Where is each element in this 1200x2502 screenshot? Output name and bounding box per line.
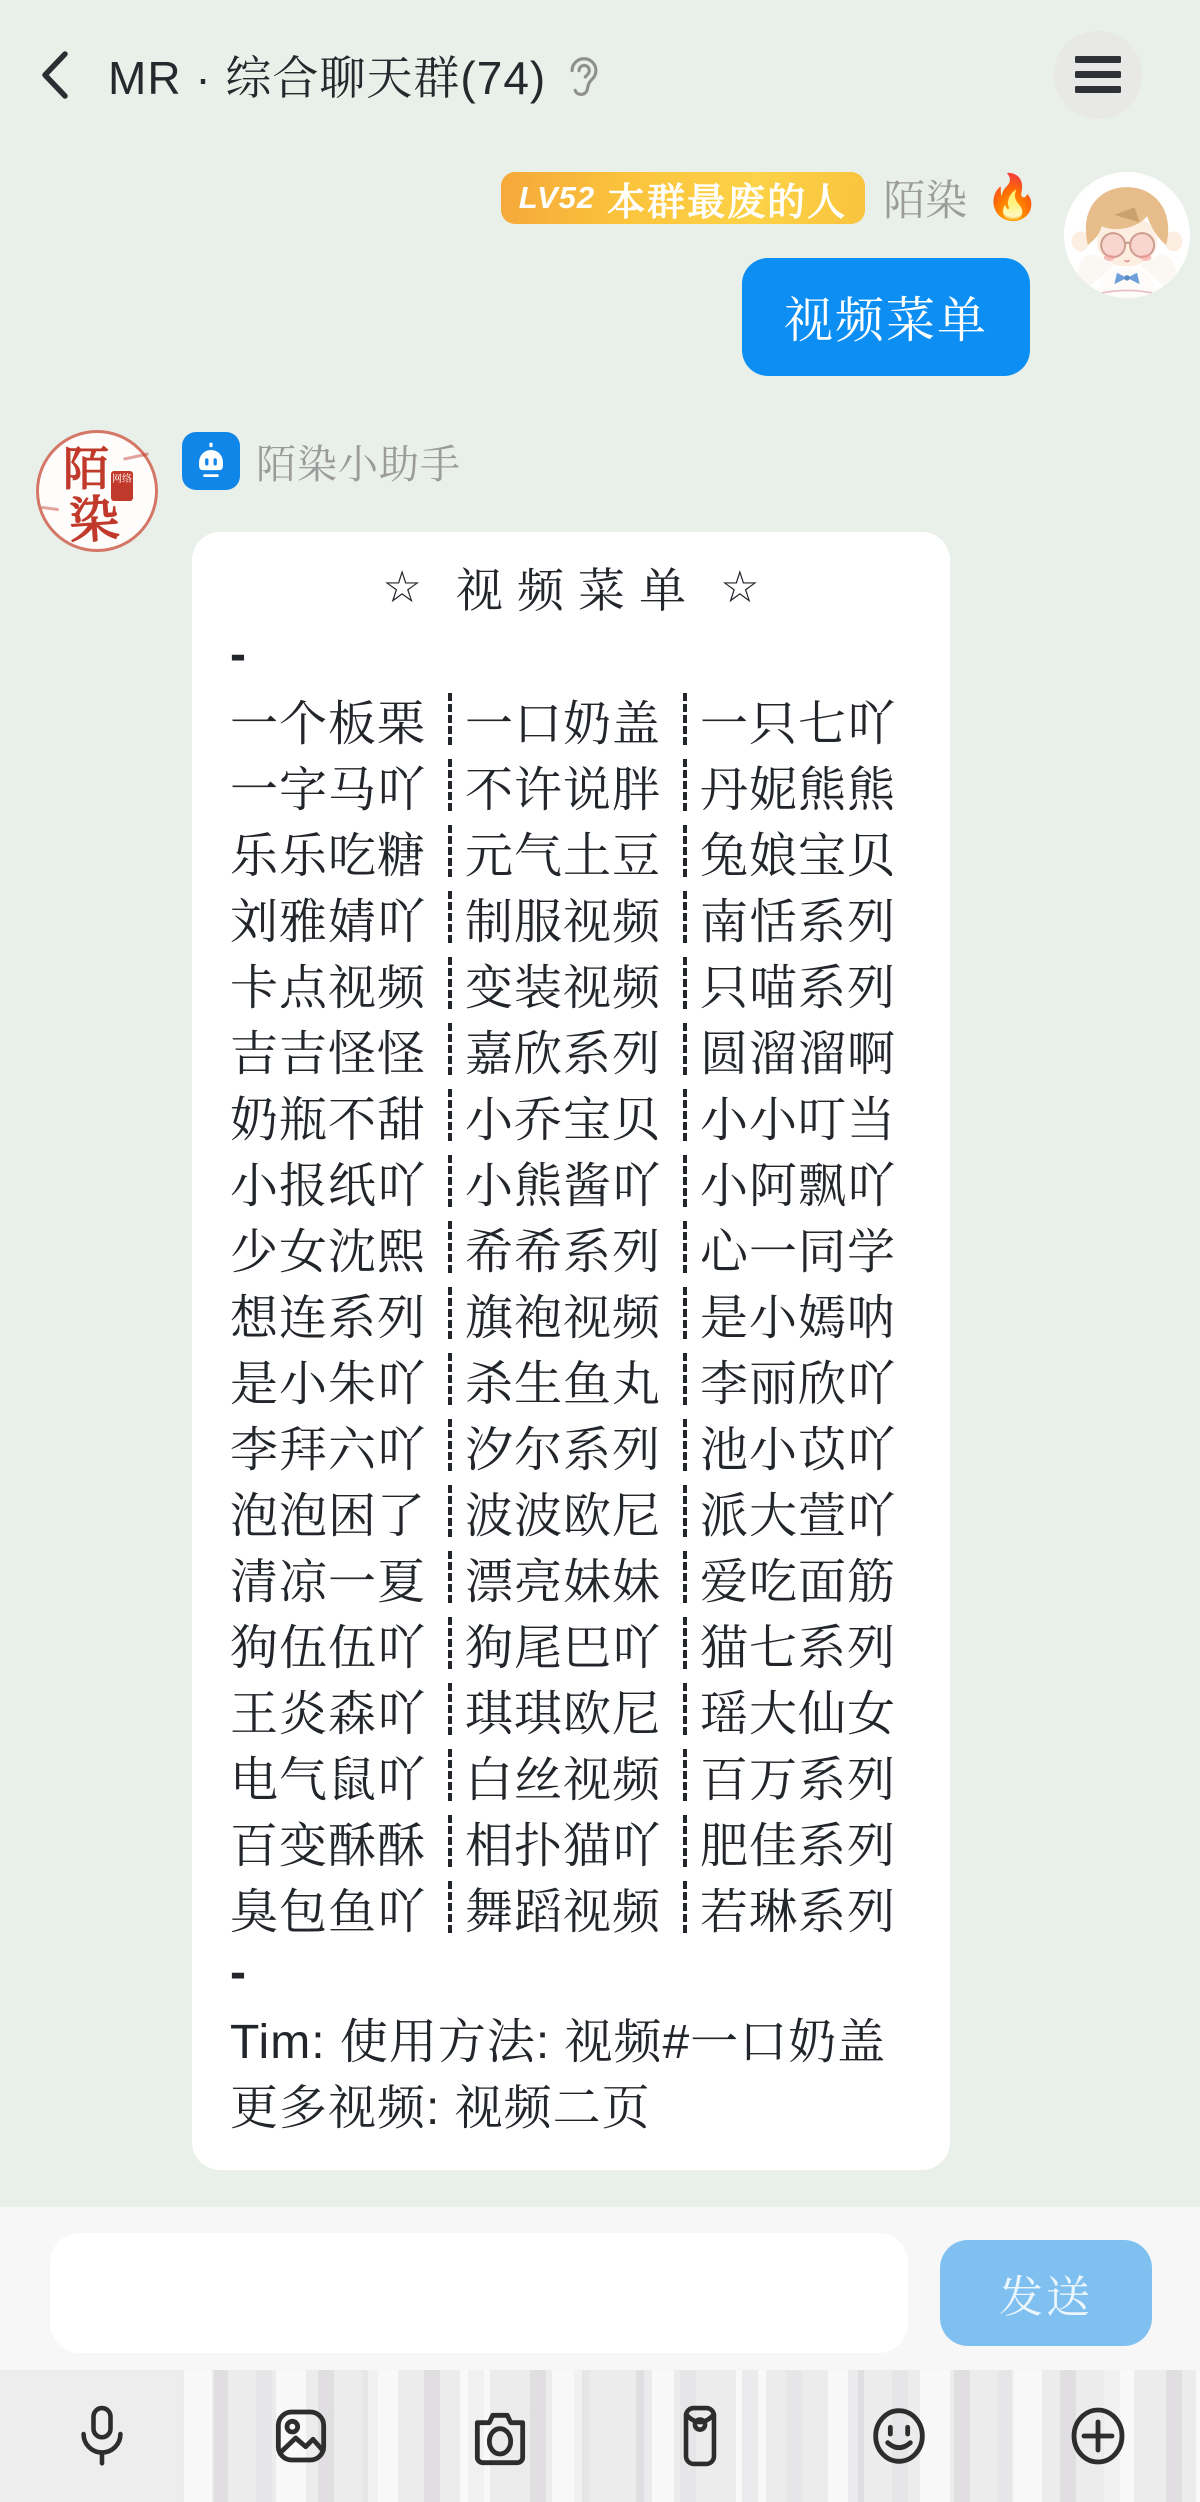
dashed-separator <box>683 693 687 745</box>
menu-item: 肥佳系列 <box>700 1807 905 1876</box>
dashed-separator <box>448 693 452 745</box>
menu-item: 一字马吖 <box>230 751 435 820</box>
menu-item: 只喵系列 <box>700 949 905 1018</box>
dashed-separator <box>683 1353 687 1405</box>
hamburger-icon <box>1074 54 1122 96</box>
menu-item: 南恬系列 <box>700 883 905 952</box>
dashed-separator <box>683 1023 687 1075</box>
dashed-separator <box>448 1749 452 1801</box>
dashed-separator <box>448 1353 452 1405</box>
dashed-separator <box>448 1089 452 1141</box>
menu-item: 清凉一夏 <box>230 1543 435 1612</box>
fire-emoji: 🔥 <box>985 176 1040 220</box>
emoji-icon[interactable] <box>863 2400 935 2472</box>
menu-item: 圆溜溜啊 <box>700 1015 905 1084</box>
menu-row: 吉吉怪怪嘉欣系列圆溜溜啊 <box>230 1016 922 1082</box>
menu-rows: 一个板栗一口奶盖一只七吖一字马吖不许说胖丹妮熊熊乐乐吃糖元气土豆兔娘宝贝刘雅婧吖… <box>230 686 922 1940</box>
gallery-icon[interactable] <box>265 2400 337 2472</box>
menu-item: 希希系列 <box>465 1213 670 1282</box>
video-menu-card[interactable]: ☆ 视频菜单 ☆ - 一个板栗一口奶盖一只七吖一字马吖不许说胖丹妮熊熊乐乐吃糖元… <box>192 532 950 2170</box>
divider-dash: - <box>230 622 922 686</box>
menu-item: 旗袍视频 <box>465 1279 670 1348</box>
username: 陌染 <box>883 168 967 228</box>
menu-row: 泡泡困了波波欧尼派大萱吖 <box>230 1478 922 1544</box>
dashed-separator <box>683 1287 687 1339</box>
chevron-left-icon <box>36 49 76 101</box>
menu-item: 元气土豆 <box>465 817 670 886</box>
menu-row: 卡点视频变装视频只喵系列 <box>230 950 922 1016</box>
menu-item: 猫七系列 <box>700 1609 905 1678</box>
dashed-separator <box>683 1221 687 1273</box>
dashed-separator <box>448 1485 452 1537</box>
menu-item: 卡点视频 <box>230 949 435 1018</box>
dashed-separator <box>448 1287 452 1339</box>
menu-item: 漂亮妹妹 <box>465 1543 670 1612</box>
dashed-separator <box>683 1881 687 1933</box>
menu-item: 心一同学 <box>700 1213 905 1282</box>
dashed-separator <box>683 1749 687 1801</box>
menu-item: 瑶大仙女 <box>700 1675 905 1744</box>
menu-row: 刘雅婧吖制服视频南恬系列 <box>230 884 922 950</box>
menu-item: 制服视频 <box>465 883 670 952</box>
menu-item: 想连系列 <box>230 1279 435 1348</box>
user-avatar[interactable] <box>1064 172 1190 298</box>
chat-title: MR · 综合聊天群(74) <box>108 42 546 108</box>
menu-item: 王炎森吖 <box>230 1675 435 1744</box>
avatar-brush-stroke <box>123 452 149 460</box>
message-input[interactable] <box>50 2233 908 2353</box>
menu-item: 狗尾巴吖 <box>465 1609 670 1678</box>
menu-row: 奶瓶不甜小乔宝贝小小叮当 <box>230 1082 922 1148</box>
menu-item: 丹妮熊熊 <box>700 751 905 820</box>
dashed-separator <box>683 1089 687 1141</box>
bubble-text: 视频菜单 <box>784 282 988 352</box>
star-icon: ☆ <box>382 562 421 613</box>
menu-row: 一个板栗一口奶盖一只七吖 <box>230 686 922 752</box>
menu-item: 汐尔系列 <box>465 1411 670 1480</box>
menu-item: 臭包鱼吖 <box>230 1873 435 1942</box>
dashed-separator <box>448 1023 452 1075</box>
dashed-separator <box>683 1683 687 1735</box>
menu-item: 小熊酱吖 <box>465 1147 670 1216</box>
menu-item: 刘雅婧吖 <box>230 883 435 952</box>
menu-row: 臭包鱼吖舞蹈视频若琳系列 <box>230 1874 922 1940</box>
menu-item: 嘉欣系列 <box>465 1015 670 1084</box>
menu-item: 一口奶盖 <box>465 685 670 754</box>
menu-item: 是小朱吖 <box>230 1345 435 1414</box>
menu-row: 清凉一夏漂亮妹妹爱吃面筋 <box>230 1544 922 1610</box>
menu-item: 泡泡困了 <box>230 1477 435 1546</box>
menu-row: 一字马吖不许说胖丹妮熊熊 <box>230 752 922 818</box>
menu-row: 小报纸吖小熊酱吖小阿飘吖 <box>230 1148 922 1214</box>
menu-item: 百万系列 <box>700 1741 905 1810</box>
usage-hint: Tim: 使用方法: 视频#一口奶盖 <box>230 2004 922 2070</box>
menu-row: 百变酥酥相扑猫吖肥佳系列 <box>230 1808 922 1874</box>
menu-title: 视频菜单 <box>456 554 700 621</box>
dashed-separator <box>683 1617 687 1669</box>
menu-row: 王炎森吖琪琪欧尼瑶大仙女 <box>230 1676 922 1742</box>
menu-item: 爱吃面筋 <box>700 1543 905 1612</box>
divider-dash: - <box>230 1940 922 2004</box>
dashed-separator <box>448 891 452 943</box>
star-icon: ☆ <box>720 562 759 613</box>
menu-item: 一个板栗 <box>230 685 435 754</box>
menu-item: 少女沈熙 <box>230 1213 435 1282</box>
level-title: 本群最废的人 <box>607 171 847 226</box>
dashed-separator <box>683 957 687 1009</box>
menu-item: 百变酥酥 <box>230 1807 435 1876</box>
avatar-char-top: 陌 <box>63 447 109 493</box>
menu-row: 想连系列旗袍视频是小嫣呐 <box>230 1280 922 1346</box>
menu-row: 电气鼠吖白丝视频百万系列 <box>230 1742 922 1808</box>
menu-item: 李丽欣吖 <box>700 1345 905 1414</box>
back-button[interactable] <box>34 49 78 101</box>
dashed-separator <box>448 759 452 811</box>
menu-row: 少女沈熙希希系列心一同学 <box>230 1214 922 1280</box>
robot-badge-icon <box>182 432 240 490</box>
menu-item: 不许说胖 <box>465 751 670 820</box>
avatar-brush-stroke <box>41 506 59 511</box>
dashed-separator <box>448 1815 452 1867</box>
sender-info-row: LV52 本群最废的人 陌染 🔥 <box>501 170 1040 226</box>
dashed-separator <box>683 1155 687 1207</box>
menu-item: 小报纸吖 <box>230 1147 435 1216</box>
menu-item: 小乔宝贝 <box>465 1081 670 1150</box>
menu-row: 乐乐吃糖元气土豆兔娘宝贝 <box>230 818 922 884</box>
dashed-separator <box>683 759 687 811</box>
menu-item: 派大萱吖 <box>700 1477 905 1546</box>
chat-header: MR · 综合聊天群(74) <box>0 0 1200 150</box>
bot-name: 陌染小助手 <box>256 433 461 490</box>
bot-sender-row: 陌染小助手 <box>182 432 461 490</box>
menu-item: 小小叮当 <box>700 1081 905 1150</box>
menu-item: 池小苡吖 <box>700 1411 905 1480</box>
menu-item: 琪琪欧尼 <box>465 1675 670 1744</box>
dashed-separator <box>683 1419 687 1471</box>
menu-title-row: ☆ 视频菜单 ☆ <box>230 558 912 616</box>
menu-button[interactable] <box>1054 31 1142 119</box>
menu-item: 变装视频 <box>465 949 670 1018</box>
menu-item: 乐乐吃糖 <box>230 817 435 886</box>
bot-avatar[interactable]: 陌 网络 染 <box>36 430 158 552</box>
menu-item: 白丝视频 <box>465 1741 670 1810</box>
dashed-separator <box>448 1221 452 1273</box>
avatar-char-bottom: 染 <box>67 493 120 546</box>
menu-item: 奶瓶不甜 <box>230 1081 435 1150</box>
toolbar <box>0 2370 1200 2502</box>
dashed-separator <box>683 1815 687 1867</box>
level-number: LV52 <box>519 180 595 216</box>
avatar-illustration <box>1064 172 1190 298</box>
menu-item: 兔娘宝贝 <box>700 817 905 886</box>
menu-item: 狗伍伍吖 <box>230 1609 435 1678</box>
user-message-bubble[interactable]: 视频菜单 <box>742 258 1030 376</box>
menu-item: 若琳系列 <box>700 1873 905 1942</box>
dashed-separator <box>683 1551 687 1603</box>
more-videos-hint: 更多视频: 视频二页 <box>230 2070 922 2136</box>
chat-screen: { "colors": { "chat_background": "#e9efe… <box>0 0 1200 2502</box>
menu-item: 电气鼠吖 <box>230 1741 435 1810</box>
dashed-separator <box>448 957 452 1009</box>
camera-icon[interactable] <box>464 2400 536 2472</box>
red-packet-icon[interactable] <box>664 2400 736 2472</box>
menu-item: 是小嫣呐 <box>700 1279 905 1348</box>
level-badge: LV52 本群最废的人 <box>501 172 865 224</box>
microphone-icon[interactable] <box>66 2400 138 2472</box>
dashed-separator <box>448 1155 452 1207</box>
dashed-separator <box>683 891 687 943</box>
dashed-separator <box>448 1419 452 1471</box>
menu-item: 小阿飘吖 <box>700 1147 905 1216</box>
dashed-separator <box>448 825 452 877</box>
ear-icon[interactable] <box>562 52 606 102</box>
dashed-separator <box>683 1485 687 1537</box>
menu-item: 波波欧尼 <box>465 1477 670 1546</box>
menu-item: 杀生鱼丸 <box>465 1345 670 1414</box>
dashed-separator <box>448 1683 452 1735</box>
dashed-separator <box>448 1881 452 1933</box>
menu-item: 一只七吖 <box>700 685 905 754</box>
menu-row: 李拜六吖汐尔系列池小苡吖 <box>230 1412 922 1478</box>
dashed-separator <box>448 1617 452 1669</box>
menu-item: 舞蹈视频 <box>465 1873 670 1942</box>
dashed-separator <box>448 1551 452 1603</box>
menu-item: 李拜六吖 <box>230 1411 435 1480</box>
menu-row: 是小朱吖杀生鱼丸李丽欣吖 <box>230 1346 922 1412</box>
menu-item: 相扑猫吖 <box>465 1807 670 1876</box>
plus-icon[interactable] <box>1062 2400 1134 2472</box>
menu-row: 狗伍伍吖狗尾巴吖猫七系列 <box>230 1610 922 1676</box>
send-button[interactable]: 发送 <box>940 2240 1152 2346</box>
dashed-separator <box>683 825 687 877</box>
menu-item: 吉吉怪怪 <box>230 1015 435 1084</box>
